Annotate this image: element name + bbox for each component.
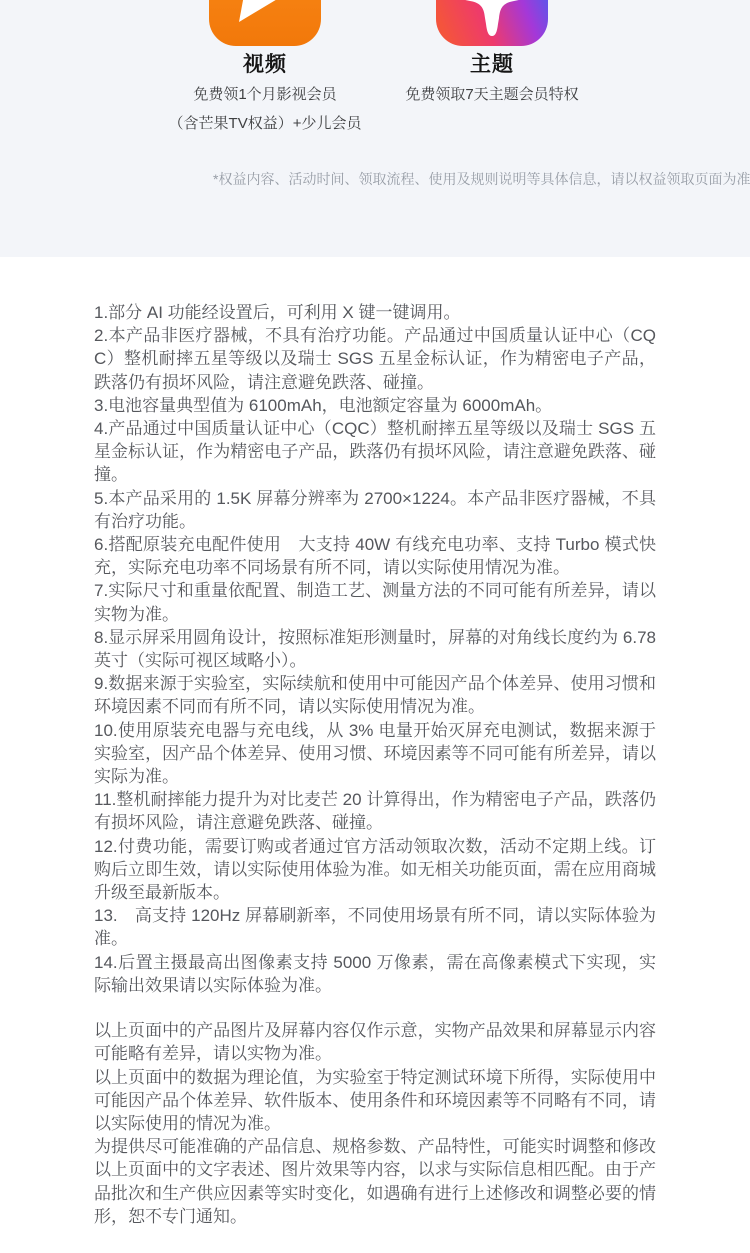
note-item-1: 1.部分 AI 功能经设置后，可利用 X 键一键调用。 <box>94 301 656 324</box>
disclaimer-paragraph-2: 以上页面中的数据为理论值，为实验室于特定测试环境下所得，实际使用中可能因产品个体… <box>94 1066 656 1136</box>
note-item-5: 5.本产品采用的 1.5K 屏幕分辨率为 2700×1224。本产品非医疗器械，… <box>94 487 656 533</box>
note-item-6: 6.搭配原装充电配件使用 大支持 40W 有线充电功率、支持 Turbo 模式快… <box>94 533 656 579</box>
note-item-11: 11.整机耐摔能力提升为对比麦芒 20 计算得出，作为精密电子产品，跌落仍有损坏… <box>94 788 656 834</box>
note-item-9: 9.数据来源于实验室，实际续航和使用中可能因产品个体差异、使用习惯和环境因素不同… <box>94 672 656 718</box>
note-item-3: 3.电池容量典型值为 6100mAh，电池额定容量为 6000mAh。 <box>94 394 656 417</box>
membership-benefits-section: 视频 免费领1个月影视会员 （含芒果TV权益）+少儿会员 主题 免费领取 <box>0 0 750 257</box>
benefit-card-theme: 主题 免费领取7天主题会员特权 <box>352 0 632 108</box>
note-item-10: 10.使用原装充电器与充电线，从 3% 电量开始灭屏充电测试，数据来源于实验室，… <box>94 719 656 789</box>
video-app-icon <box>209 0 321 46</box>
numbered-notes-list: 1.部分 AI 功能经设置后，可利用 X 键一键调用。 2.本产品非医疗器械，不… <box>94 301 656 997</box>
note-item-12: 12.付费功能，需要订购或者通过官方活动领取次数，活动不定期上线。订购后立即生效… <box>94 835 656 905</box>
general-disclaimer-paragraphs: 以上页面中的产品图片及屏幕内容仅作示意，实物产品效果和屏幕显示内容可能略有差异，… <box>94 1019 656 1228</box>
legal-notes-section: 1.部分 AI 功能经设置后，可利用 X 键一键调用。 2.本产品非医疗器械，不… <box>0 257 750 1228</box>
disclaimer-paragraph-3: 为提供尽可能准确的产品信息、规格参数、产品特性，可能实时调整和修改以上页面中的文… <box>94 1135 656 1228</box>
note-item-14: 14.后置主摄最高出图像素支持 5000 万像素，需在高像素模式下实现，实际输出… <box>94 951 656 997</box>
note-item-13: 13. 高支持 120Hz 屏幕刷新率，不同使用场景有所不同，请以实际体验为准。 <box>94 904 656 950</box>
note-item-8: 8.显示屏采用圆角设计，按照标准矩形测量时，屏幕的对角线长度约为 6.78 英寸… <box>94 626 656 672</box>
note-item-7: 7.实际尺寸和重量依配置、制造工艺、测量方法的不同可能有所差异，请以实物为准。 <box>94 579 656 625</box>
theme-app-icon <box>436 0 548 46</box>
benefit-desc-video-line2: （含芒果TV权益）+少儿会员 <box>125 111 405 137</box>
disclaimer-paragraph-1: 以上页面中的产品图片及屏幕内容仅作示意，实物产品效果和屏幕显示内容可能略有差异，… <box>94 1019 656 1065</box>
note-item-4: 4.产品通过中国质量认证中心（CQC）整机耐摔五星等级以及瑞士 SGS 五星金标… <box>94 417 656 487</box>
note-item-2: 2.本产品非医疗器械，不具有治疗功能。产品通过中国质量认证中心（CQC）整机耐摔… <box>94 324 656 394</box>
product-detail-page: 视频 免费领1个月影视会员 （含芒果TV权益）+少儿会员 主题 免费领取 <box>0 0 750 1253</box>
benefits-disclaimer-note: *权益内容、活动时间、领取流程、使用及规则说明等具体信息，请以权益领取页面为准。 <box>213 169 750 189</box>
benefit-desc-theme-line1: 免费领取7天主题会员特权 <box>352 82 632 108</box>
benefit-title-theme: 主题 <box>352 51 632 79</box>
